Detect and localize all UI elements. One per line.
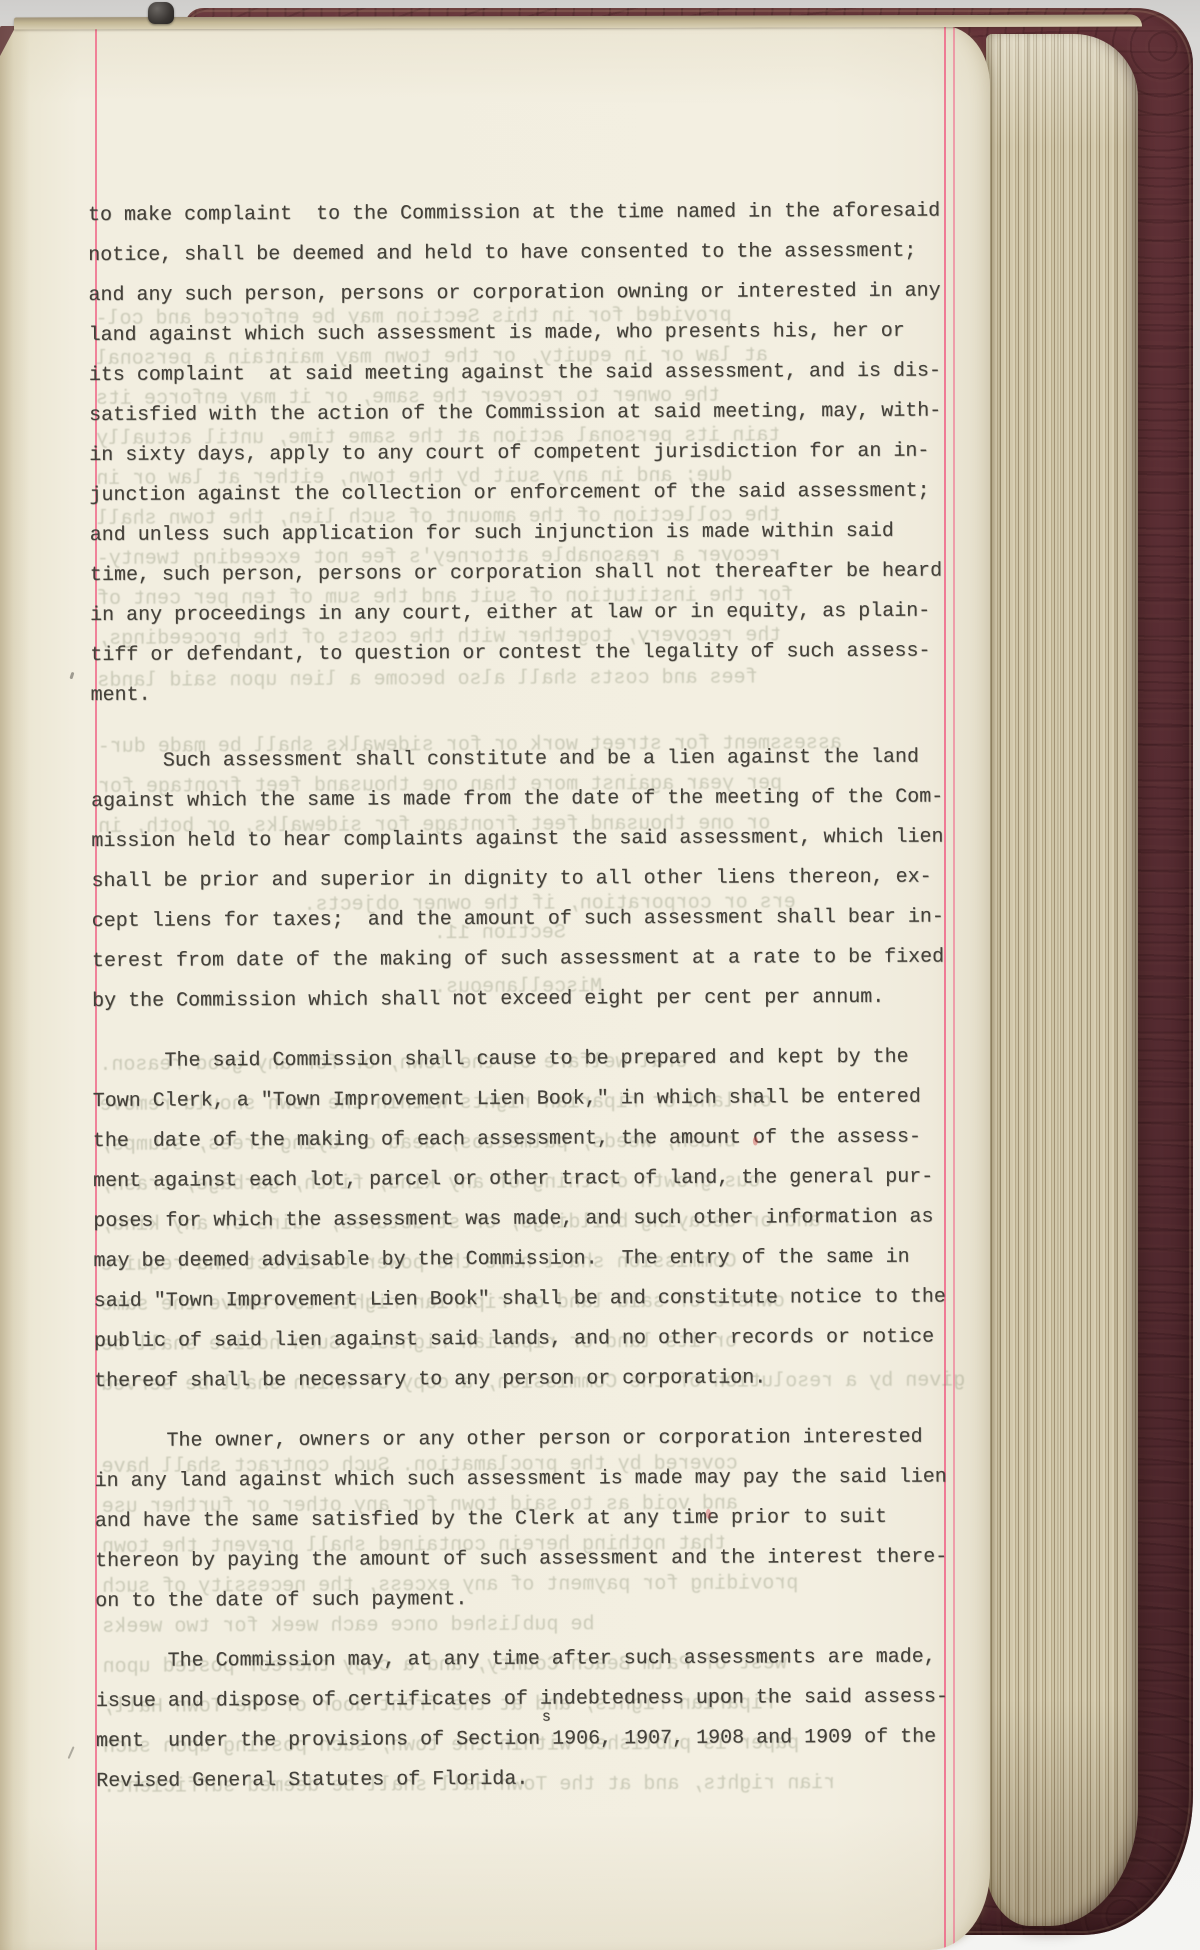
pencil-mark xyxy=(68,1746,75,1759)
pencil-mark xyxy=(69,672,74,680)
superscript-s-correction: s xyxy=(542,1710,551,1725)
book-photo: provided for in this Section may be enfo… xyxy=(0,0,1200,1950)
typed-text: to make complaint to the Commission at t… xyxy=(88,191,968,1802)
page: provided for in this Section may be enfo… xyxy=(0,26,990,1950)
typed-paragraph: The said Commission shall cause to be pr… xyxy=(92,1037,966,1402)
ink-speck xyxy=(753,1137,758,1146)
page-content-layer: provided for in this Section may be enfo… xyxy=(0,26,990,1950)
typed-paragraph: The owner, owners or any other person or… xyxy=(94,1417,967,1622)
typed-paragraph: The Commission may, at any time after su… xyxy=(95,1637,968,1802)
typed-paragraph: to make complaint to the Commission at t… xyxy=(88,191,963,716)
typed-paragraph: Such assessment shall constitute and be … xyxy=(91,737,964,1022)
binding-stud xyxy=(148,2,174,24)
page-edges-stack xyxy=(986,34,1138,1926)
ink-speck xyxy=(706,1509,711,1519)
